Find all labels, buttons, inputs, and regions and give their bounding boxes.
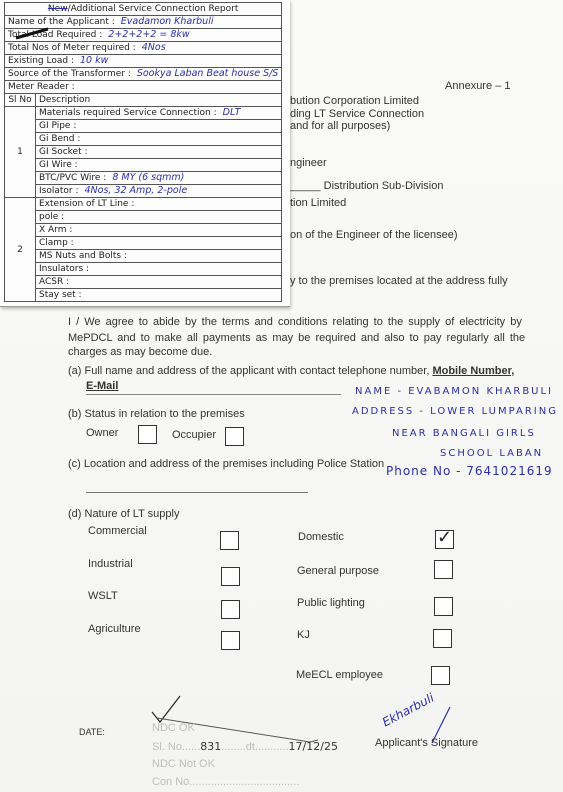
owner-label: Owner: [86, 427, 118, 439]
table-row: X Arm :: [5, 224, 282, 237]
table-row: GI Pipe :: [5, 120, 282, 133]
kj-checkbox[interactable]: [433, 629, 452, 648]
mobile-number-label: Mobile Number,: [432, 365, 514, 377]
sl-no-value: 831: [200, 740, 221, 753]
owner-checkbox[interactable]: [138, 425, 157, 444]
table-row: 1Materials required Service Connection :…: [5, 107, 282, 120]
email-label: E-Mail: [86, 380, 118, 392]
ndc-ok-label: NDC OK: [152, 722, 195, 734]
to-line-5: y to the premises located at the address…: [290, 275, 508, 287]
commercial-label: Commercial: [88, 525, 147, 537]
domestic-label: Domestic: [298, 531, 344, 543]
signature-label: Applicant's Signature: [375, 737, 478, 749]
field-row: Existing Load :10 kw: [5, 55, 282, 68]
general-purpose-checkbox[interactable]: [434, 560, 453, 579]
table-row: ACSR :: [5, 276, 282, 289]
to-line-4: on of the Engineer of the licensee): [290, 229, 458, 241]
item-c-label: (c) Location and address of the premises…: [68, 458, 384, 470]
description-header: Description: [36, 94, 282, 107]
item-d-label: (d) Nature of LT supply: [68, 508, 179, 520]
table-row: pole :: [5, 211, 282, 224]
total-load-value: 2+2+2+2 = 8kw: [108, 29, 189, 40]
header-line-3: and for all purposes): [290, 120, 390, 132]
dt-value: 17/12/25: [289, 740, 338, 753]
table-row: Gi Bend :: [5, 133, 282, 146]
table-row: Stay set :: [5, 289, 282, 302]
field-row: Source of the Transformer :Sookya Laban …: [5, 68, 282, 81]
table-row: Isolator :4Nos, 32 Amp, 2-pole: [5, 185, 282, 198]
occupier-label: Occupier: [172, 429, 216, 441]
kj-label: KJ: [297, 629, 310, 641]
commercial-checkbox[interactable]: [220, 531, 239, 550]
table-row: GI Wire :: [5, 159, 282, 172]
industrial-checkbox[interactable]: [221, 567, 240, 586]
to-line-1: ngineer: [290, 157, 327, 169]
table-row: Insulators :: [5, 263, 282, 276]
date-label: DATE:: [79, 727, 105, 737]
agreement-line-2: MePDCL and to make all payments as may b…: [68, 332, 525, 344]
field-row: Meter Reader :: [5, 81, 282, 94]
agriculture-checkbox[interactable]: [221, 631, 240, 650]
meecl-employee-label: MeECL employee: [296, 669, 383, 681]
table-row: Clamp :: [5, 237, 282, 250]
meecl-employee-checkbox[interactable]: [431, 666, 450, 685]
applicant-phone: Phone No - 7641021619: [386, 464, 553, 478]
field-row: Total Nos of Meter required :4Nos: [5, 42, 282, 55]
report-title: New/Additional Service Connection Report: [5, 3, 282, 16]
meters-value: 4Nos: [142, 42, 166, 53]
service-connection-report-slip: New/Additional Service Connection Report…: [0, 0, 290, 307]
ink-mark: [14, 26, 54, 42]
to-line-2: _____ Distribution Sub-Division: [290, 180, 443, 192]
report-title-row: New/Additional Service Connection Report: [5, 3, 282, 16]
location-line: [86, 492, 308, 493]
header-line-2: ding LT Service Connection: [290, 108, 424, 120]
item-b-label: (b) Status in relation to the premises: [68, 408, 245, 420]
general-purpose-label: General purpose: [297, 565, 379, 577]
sl-no-header: Sl No: [5, 94, 36, 107]
domestic-checkbox[interactable]: [435, 530, 454, 549]
public-lighting-checkbox[interactable]: [434, 597, 453, 616]
to-line-3: tion Limited: [290, 197, 346, 209]
agreement-line-3: charges as may become due.: [68, 346, 212, 358]
applicant-name-value: Evadamon Kharbuli: [121, 16, 214, 27]
table-row: 2Extension of LT Line :: [5, 198, 282, 211]
applicant-address-2: NEAR BANGALI GIRLS: [392, 428, 536, 439]
item-a-label: (a) Full name and address of the applica…: [68, 365, 514, 377]
applicant-name: NAME - EVABAMON KHARBULI: [355, 386, 553, 397]
annexure-label: Annexure – 1: [445, 80, 510, 92]
wslt-label: WSLT: [88, 590, 118, 602]
table-row: GI Socket :: [5, 146, 282, 159]
occupier-checkbox[interactable]: [225, 427, 244, 446]
group-1-sl: 1: [5, 107, 36, 198]
report-table: New/Additional Service Connection Report…: [4, 2, 282, 302]
application-form-page: Annexure – 1 bution Corporation Limited …: [0, 0, 563, 792]
wslt-checkbox[interactable]: [221, 600, 240, 619]
existing-load-value: 10 kw: [80, 55, 108, 66]
group-2-sl: 2: [5, 198, 36, 302]
applicant-address-1: ADDRESS - LOWER LUMPARING: [352, 406, 558, 417]
email-line: [86, 394, 341, 395]
con-no-row: Con No..................................…: [152, 776, 299, 788]
public-lighting-label: Public lighting: [297, 597, 365, 609]
table-header-row: Sl No Description: [5, 94, 282, 107]
agriculture-label: Agriculture: [88, 623, 141, 635]
table-row: BTC/PVC Wire :8 MY (6 sqmm): [5, 172, 282, 185]
applicant-address-3: SCHOOL LABAN: [440, 448, 543, 459]
header-line-1: bution Corporation Limited: [290, 95, 419, 107]
ndc-not-ok-label: NDC Not OK: [152, 758, 215, 770]
table-row: MS Nuts and Bolts :: [5, 250, 282, 263]
sl-no-row: Sl. No......831........dt...........17/1…: [152, 740, 338, 753]
agreement-line-1: I / We agree to abide by the terms and c…: [68, 316, 522, 328]
industrial-label: Industrial: [88, 558, 133, 570]
transformer-value: Sookya Laban Beat house S/S: [137, 68, 278, 79]
